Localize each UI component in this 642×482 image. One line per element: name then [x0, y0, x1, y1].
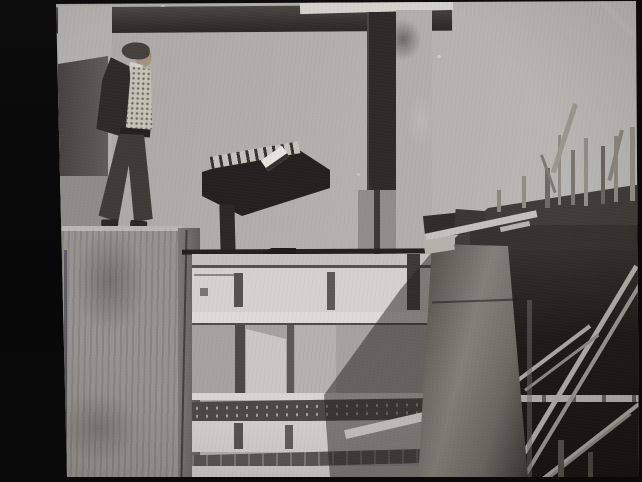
right-background [505, 244, 642, 478]
gate-cap-strip [192, 254, 432, 265]
gate-stiffener-bar-a [235, 325, 245, 393]
gate-row2-slot-a [234, 423, 243, 449]
person-trousers [98, 133, 158, 223]
sluice-gate [192, 248, 432, 478]
scanned-photo-stage [0, 0, 642, 482]
formwork-pole-1 [497, 190, 501, 212]
sky-scratch-streak [593, 0, 635, 37]
gate-row1-left-seam [194, 274, 234, 276]
left-pier [62, 226, 182, 478]
formwork-pole-5 [571, 150, 575, 205]
photo-edge-fringe [64, 250, 67, 477]
formwork-pole-6 [584, 138, 588, 206]
scaffold-vertical-pole [527, 300, 532, 478]
gate-recessed-panel-2 [295, 325, 336, 393]
person-hair [121, 42, 150, 60]
scaffold-post-small-b [588, 452, 593, 478]
bracket-post [219, 205, 235, 253]
gate-guide-rail-lower-slot [374, 190, 380, 256]
gate-stiffener-slot-a [234, 273, 243, 307]
formwork-pole-7 [601, 146, 605, 204]
gate-stiffener-bar-b [287, 325, 294, 393]
sky-speck [437, 55, 441, 58]
formwork-pole-9 [630, 127, 635, 201]
scaffold-post-small-a [558, 440, 564, 478]
person [90, 41, 166, 230]
sky-speck-2 [357, 173, 360, 176]
photograph [0, 0, 642, 482]
gate-stiffener-slot-b [327, 272, 335, 310]
gate-smudge [200, 288, 208, 296]
gate-row2-slot-b [285, 425, 293, 449]
left-pier-top-edge [62, 226, 182, 231]
formwork-pole-2 [522, 176, 526, 208]
scaffold-horizontal-bar [516, 395, 642, 402]
